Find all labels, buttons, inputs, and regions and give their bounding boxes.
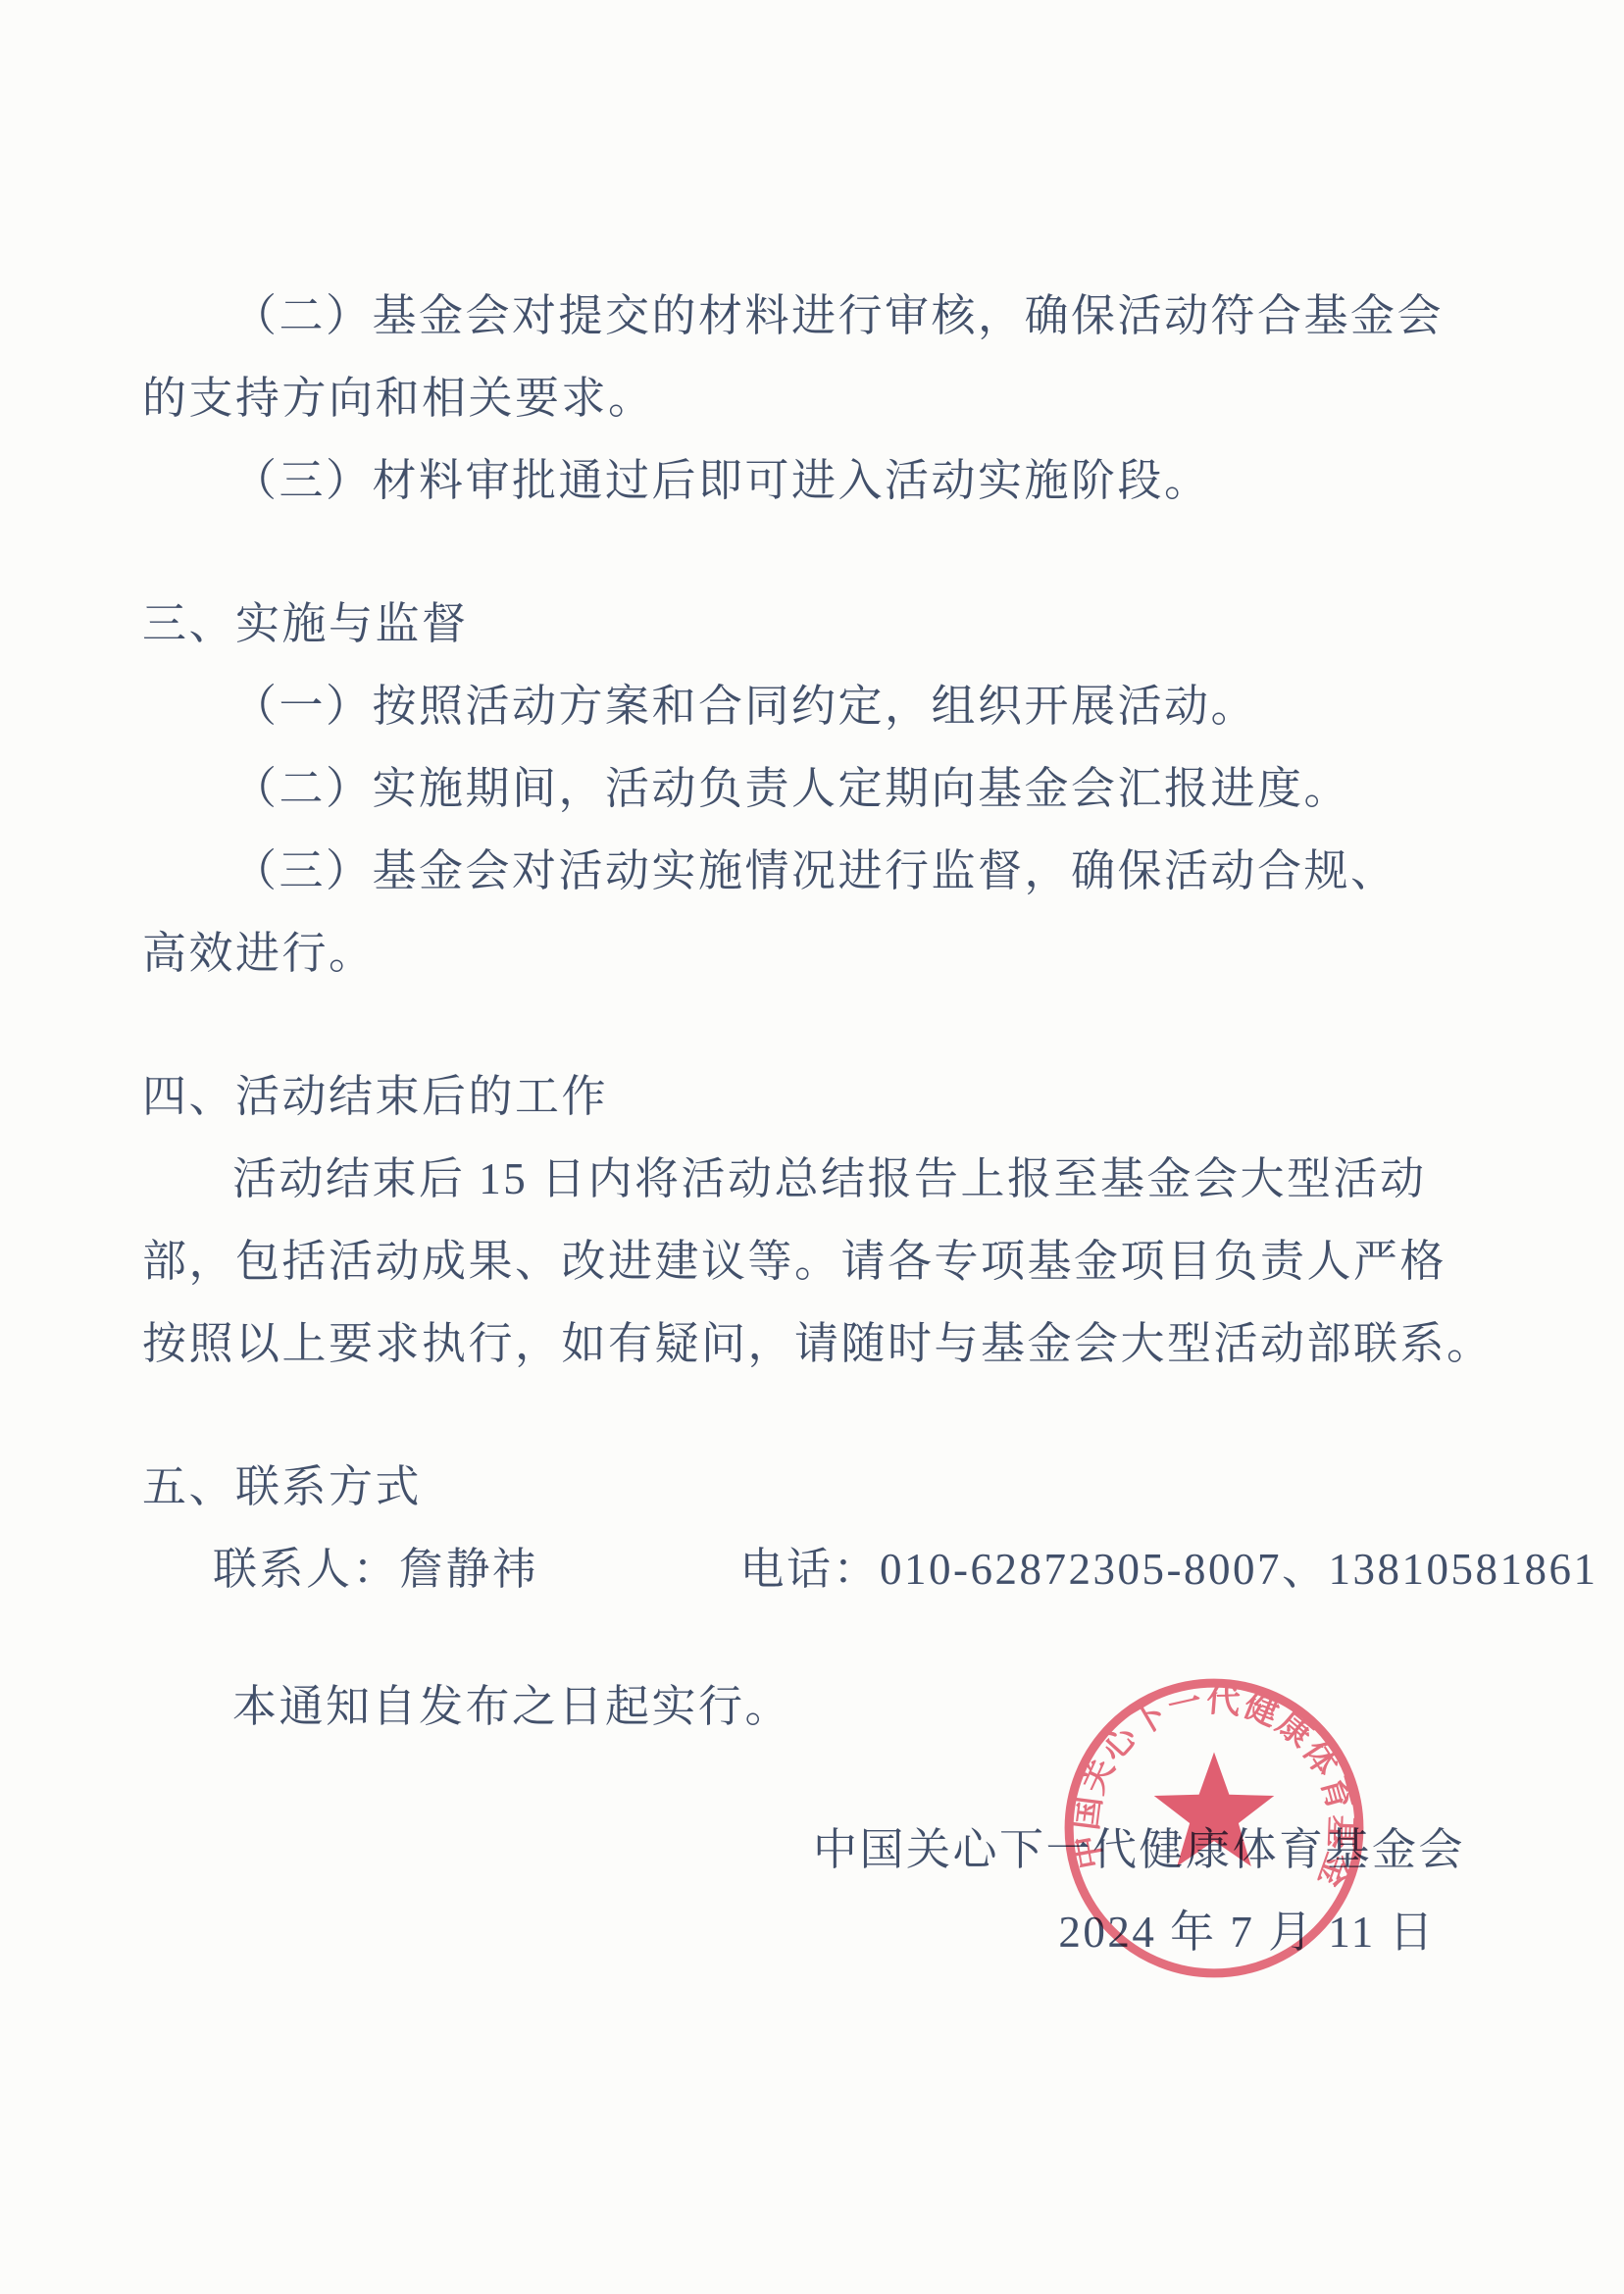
section-heading-4: 四、活动结束后的工作 bbox=[142, 1055, 1515, 1138]
contact-person: 联系人：詹静祎 bbox=[213, 1545, 539, 1594]
scanned-document-page: （二）基金会对提交的材料进行审核，确保活动符合基金会 的支持方向和相关要求。 （… bbox=[0, 0, 1624, 2294]
text-line: 的支持方向和相关要求。 bbox=[142, 357, 1515, 439]
text-line: 高效进行。 bbox=[142, 912, 1515, 994]
text-line: （三）材料审批通过后即可进入活动实施阶段。 bbox=[142, 439, 1515, 522]
section-heading-3: 三、实施与监督 bbox=[142, 583, 1515, 665]
text-line: （二）基金会对提交的材料进行审核，确保活动符合基金会 bbox=[142, 275, 1515, 357]
section-heading-5: 五、联系方式 bbox=[142, 1446, 1515, 1528]
text-line: （二）实施期间，活动负责人定期向基金会汇报进度。 bbox=[142, 747, 1515, 830]
official-seal: 中国关心下一代健康体育基金会 bbox=[1051, 1665, 1377, 1991]
text-line: 按照以上要求执行，如有疑问，请随时与基金会大型活动部联系。 bbox=[142, 1302, 1515, 1385]
text-line: 部，包括活动成果、改进建议等。请各专项基金项目负责人严格 bbox=[142, 1220, 1515, 1302]
text-line: （三）基金会对活动实施情况进行监督，确保活动合规、 bbox=[142, 830, 1515, 912]
contact-phone: 电话：010-62872305-8007、13810581861 bbox=[740, 1545, 1599, 1594]
text-line: 活动结束后 15 日内将活动总结报告上报至基金会大型活动 bbox=[142, 1138, 1515, 1220]
seal-star-icon bbox=[1154, 1753, 1275, 1867]
text-line: （一）按照活动方案和合同约定，组织开展活动。 bbox=[142, 665, 1515, 747]
contact-line: 联系人：詹静祎电话：010-62872305-8007、13810581861 bbox=[142, 1528, 1515, 1610]
